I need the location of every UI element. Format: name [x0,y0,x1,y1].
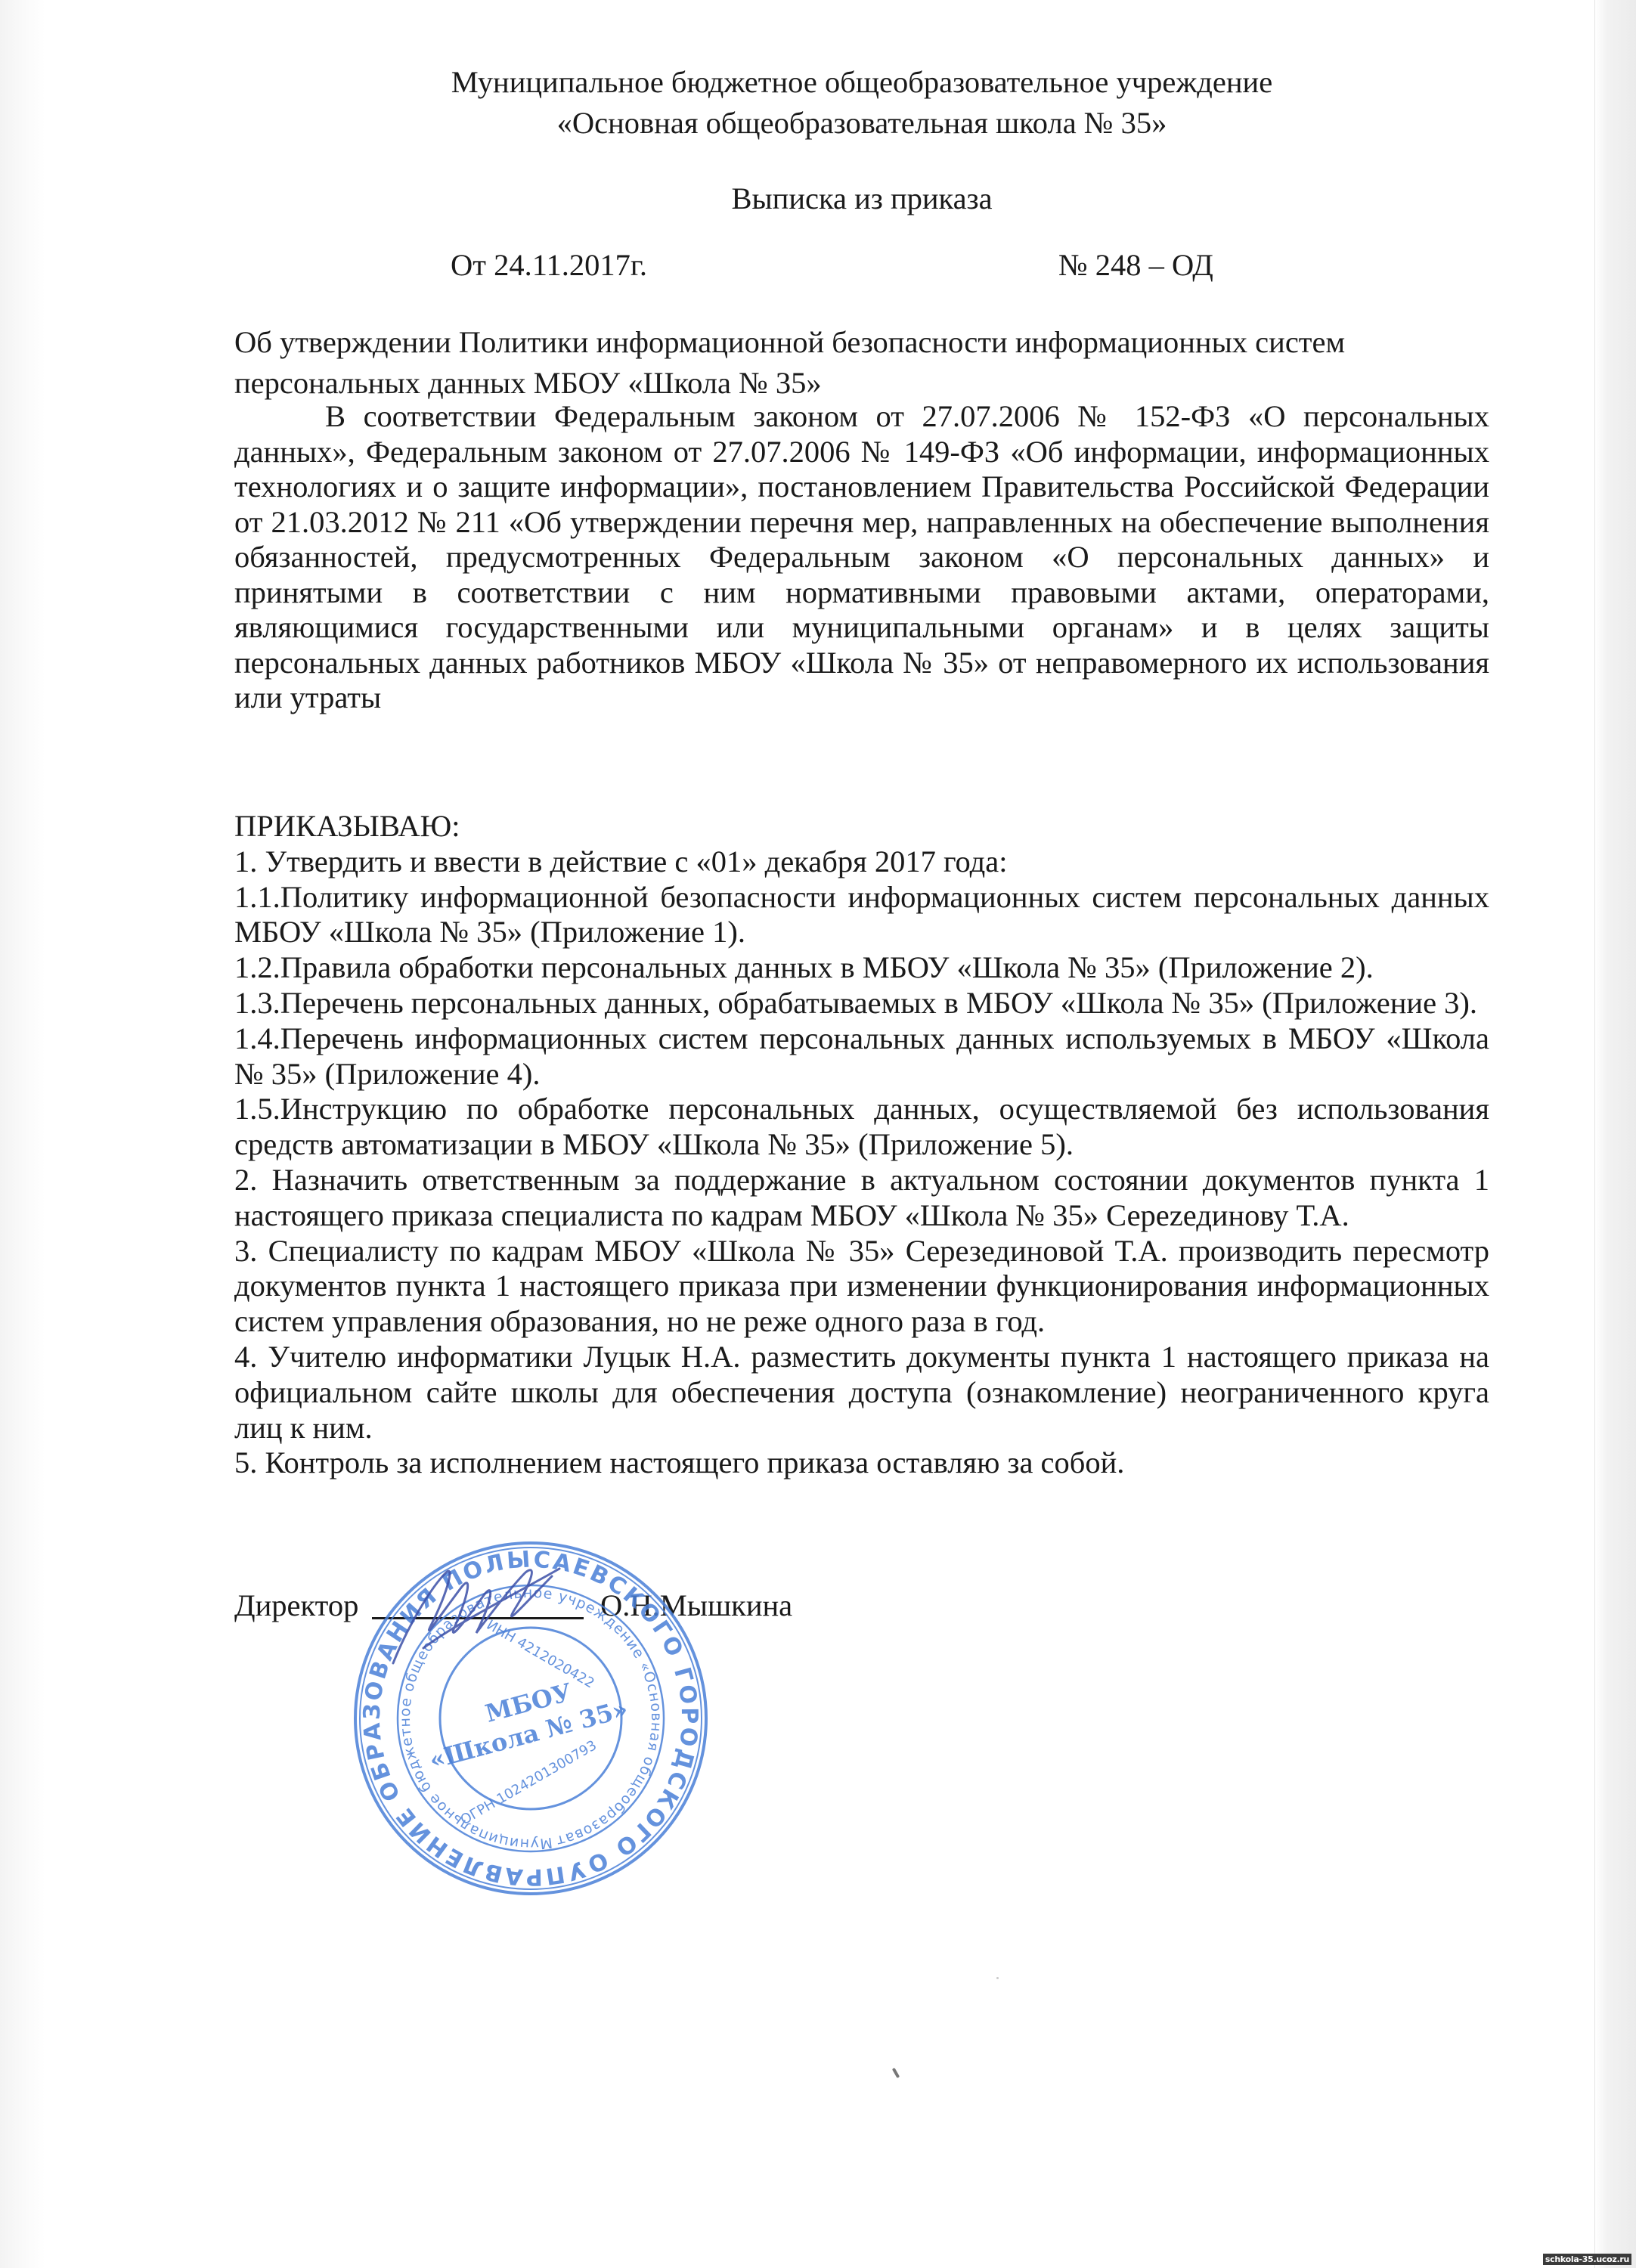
document-page: Муниципальное бюджетное общеобразователь… [234,0,1489,2268]
subject-line-1: Об утверждении Политики информационной б… [234,322,1489,363]
order-item-1-3: 1.3.Перечень персональных данных, обраба… [234,986,1489,1021]
handwritten-signature-icon [378,1557,575,1678]
order-number: № 248 – ОД [1058,243,1213,287]
date-number-row: От 24.11.2017г. № 248 – ОД [234,243,1489,284]
preamble-text: В соответствии Федеральным законом от 27… [234,399,1489,714]
orders-heading: ПРИКАЗЫВАЮ: [234,809,1489,844]
order-item-2: 2. Назначить ответственным за поддержани… [234,1163,1489,1234]
scan-edge-right [1594,0,1636,2268]
order-item-5: 5. Контроль за исполнением настоящего пр… [234,1445,1489,1481]
scan-speck [996,1977,999,1979]
order-date: От 24.11.2017г. [451,243,647,287]
order-item-1-1: 1.1.Политику информационной безопасности… [234,880,1489,951]
institution-line-2: «Основная общеобразовательная школа № 35… [234,103,1489,144]
order-item-1-5: 1.5.Инструкцию по обработке персональных… [234,1092,1489,1163]
preamble: В соответствии Федеральным законом от 27… [234,399,1489,716]
order-item-3: 3. Специалисту по кадрам МБОУ «Школа № 3… [234,1234,1489,1340]
signatory-title: Директор [234,1584,358,1627]
scan-edge-left [0,0,45,2268]
institution-line-1: Муниципальное бюджетное общеобразователь… [234,62,1489,103]
order-item-1-4: 1.4.Перечень информационных систем персо… [234,1021,1489,1092]
orders-section: ПРИКАЗЫВАЮ: 1. Утвердить и ввести в дейс… [234,809,1489,1481]
document-type: Выписка из приказа [234,177,1489,220]
order-item-1-2: 1.2.Правила обработки персональных данны… [234,950,1489,986]
institution-header: Муниципальное бюджетное общеобразователь… [234,62,1489,144]
order-subject: Об утверждении Политики информационной б… [234,322,1489,404]
subject-line-2: персональных данных МБОУ «Школа № 35» [234,363,1489,404]
site-watermark: schkola-35.ucoz.ru [1543,2254,1631,2265]
order-item-4: 4. Учителю информатики Луцык Н.А. размес… [234,1340,1489,1445]
order-item-1: 1. Утвердить и ввести в действие с «01» … [234,844,1489,880]
